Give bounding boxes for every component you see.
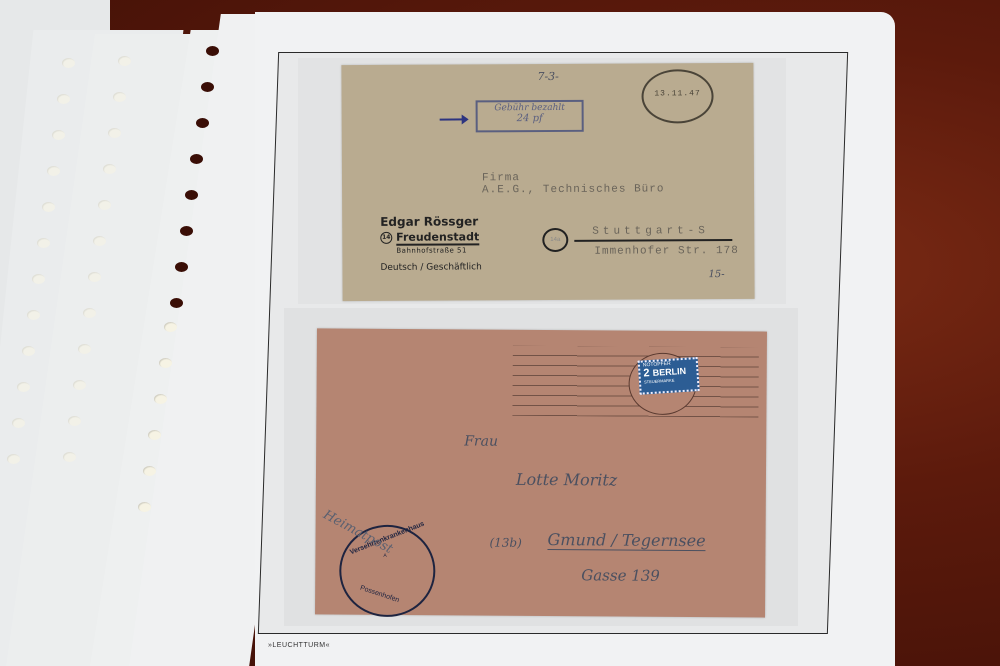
recipient-zone: 14a: [542, 228, 568, 252]
punch-hole: [83, 308, 96, 318]
punch-hole: [73, 380, 86, 390]
recipient-city: Stuttgart-S: [592, 225, 709, 238]
recipient-line-2: A.E.G., Technisches Büro: [482, 183, 664, 196]
recipient-street: Gasse 139: [581, 566, 660, 585]
punch-hole: [37, 238, 50, 248]
cover-bottom[interactable]: NOTOPFER 2 BERLIN STEUERMARKE Frau Lotte…: [315, 328, 767, 617]
fee-paid-box: Gebühr bezahlt 24 pf: [476, 100, 584, 133]
price-note: 15-: [708, 269, 724, 280]
punch-hole: [32, 274, 45, 284]
stamp-value: 2: [643, 367, 650, 379]
punch-hole: [88, 272, 101, 282]
fee-amount: 24 pf: [478, 113, 582, 125]
punch-hole: [27, 310, 40, 320]
punch-hole: [103, 164, 116, 174]
punch-hole: [201, 82, 214, 92]
arrow-head-icon: [462, 114, 469, 124]
fee-paid-text: Gebühr bezahlt: [478, 103, 582, 114]
recipient-zone: (13b): [489, 536, 521, 550]
postmark-date: 13.11.47: [644, 89, 712, 98]
sender-name: Edgar Rössger: [380, 214, 478, 229]
punch-hole: [52, 130, 65, 140]
recipient-underline: [574, 239, 732, 242]
punch-hole: [113, 92, 126, 102]
punch-hole: [7, 454, 20, 464]
pencil-note: 7-3-: [537, 70, 559, 83]
punch-hole: [47, 166, 60, 176]
punch-hole: [62, 58, 75, 68]
punch-hole: [175, 262, 188, 272]
punch-hole: [78, 344, 91, 354]
punch-hole: [180, 226, 193, 236]
punch-hole: [206, 46, 219, 56]
recipient-city: Gmund / Tegernsee: [547, 530, 705, 551]
punch-hole: [63, 452, 76, 462]
punch-hole: [12, 418, 25, 428]
punch-hole: [164, 322, 177, 332]
punch-hole: [154, 394, 167, 404]
punch-hole: [68, 416, 81, 426]
recipient-name: Lotte Moritz: [516, 470, 617, 490]
punch-hole: [22, 346, 35, 356]
sender-city: Freudenstadt: [396, 230, 479, 245]
punch-hole: [170, 298, 183, 308]
punch-hole: [159, 358, 172, 368]
sender-note: Deutsch / Geschäftlich: [380, 262, 481, 273]
stamp-city: BERLIN: [652, 366, 686, 378]
punch-hole: [138, 502, 151, 512]
punch-hole: [93, 236, 106, 246]
punch-hole: [17, 382, 30, 392]
punch-hole: [57, 94, 70, 104]
postmark-circle: 13.11.47: [641, 69, 713, 123]
punch-hole: [108, 128, 121, 138]
sender-zone: 14: [380, 232, 392, 244]
brand-label: »LEUCHTTURM«: [268, 642, 330, 649]
recipient-line-1: Firma: [482, 172, 520, 184]
punch-hole: [196, 118, 209, 128]
sender-city-line: 14 Freudenstadt: [380, 230, 479, 244]
notopfer-stamp: NOTOPFER 2 BERLIN STEUERMARKE: [638, 357, 700, 395]
punch-hole: [118, 56, 131, 66]
sender-street: Bahnhofstraße 51: [396, 246, 467, 254]
recipient-title: Frau: [464, 433, 498, 449]
recipient-street: Immenhofer Str. 178: [594, 245, 738, 258]
cover-top[interactable]: 7-3- Gebühr bezahlt 24 pf 13.11.47 Firma…: [341, 63, 754, 301]
cachet-place: Possenhofen: [359, 585, 400, 605]
punch-hole: [98, 200, 111, 210]
punch-hole: [42, 202, 55, 212]
